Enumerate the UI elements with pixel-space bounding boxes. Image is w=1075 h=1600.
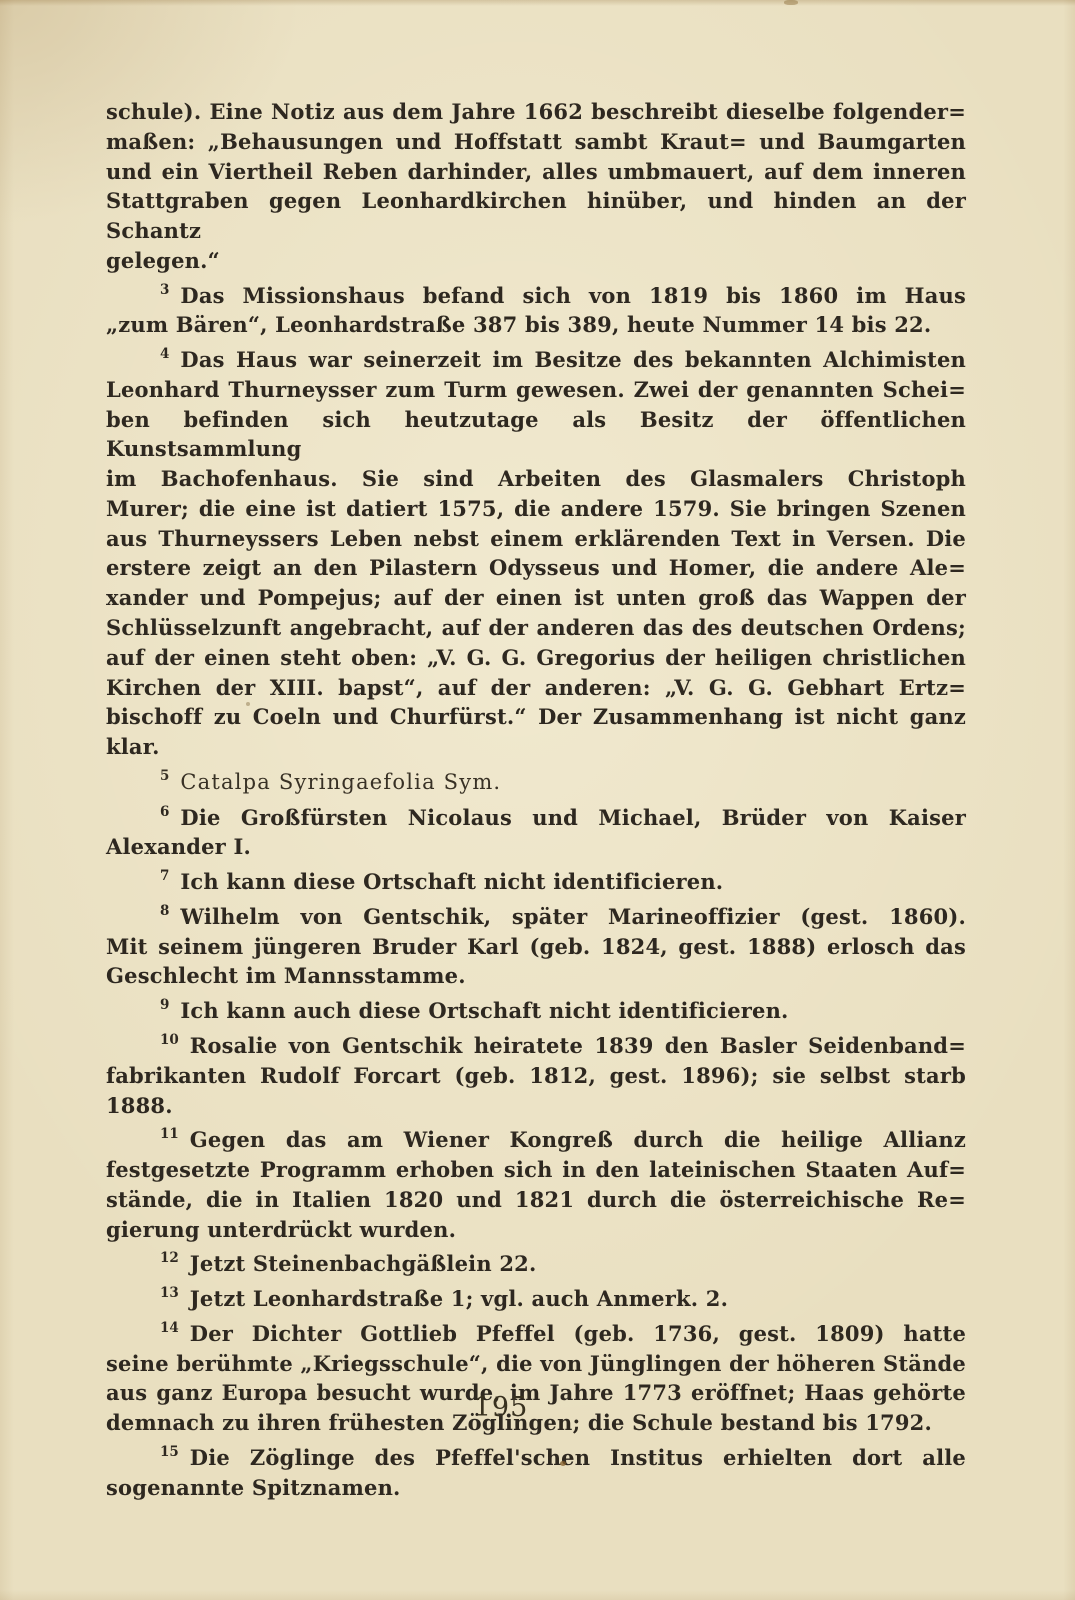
page-content: schule). Eine Notiz aus dem Jahre 1662 b… xyxy=(106,97,966,1502)
text-line-text: Ich kann diese Ortschaft nicht identific… xyxy=(180,869,723,894)
footnote-number: 9 xyxy=(160,997,180,1013)
text-line: 10Rosalie von Gentschik heiratete 1839 d… xyxy=(106,1026,966,1061)
text-line: fabrikanten Rudolf Forcart (geb. 1812, g… xyxy=(106,1061,966,1121)
text-line-text: klar. xyxy=(106,734,160,759)
text-line-text: im Bachofenhaus. Sie sind Arbeiten des G… xyxy=(106,466,966,491)
text-line: aus Thurneyssers Leben nebst einem erklä… xyxy=(106,524,966,554)
text-line-text: Die Großfürsten Nicolaus und Michael, Br… xyxy=(180,805,966,830)
text-line: gierung unterdrückt wurden. xyxy=(106,1215,966,1245)
text-line-text: Die Zöglinge des Pfeffel'schen Institus … xyxy=(190,1445,966,1470)
text-line-text: Kirchen der XIII. bapst“, auf der andere… xyxy=(106,675,966,700)
footnote-paragraph: 3Das Missionshaus befand sich von 1819 b… xyxy=(106,276,966,341)
footnote-number: 7 xyxy=(160,868,180,884)
footnote-number: 8 xyxy=(160,903,180,919)
text-line: bischoff zu Coeln und Churfürst.“ Der Zu… xyxy=(106,702,966,732)
text-line: erstere zeigt an den Pilastern Odysseus … xyxy=(106,553,966,583)
text-line-text: Catalpa Syringaefolia Sym. xyxy=(180,770,501,794)
page-number: 195 xyxy=(106,1392,896,1423)
text-line-text: Das Haus war seinerzeit im Besitze des b… xyxy=(180,347,966,372)
text-line: 9Ich kann auch diese Ortschaft nicht ide… xyxy=(106,991,966,1026)
text-line: 14Der Dichter Gottlieb Pfeffel (geb. 173… xyxy=(106,1314,966,1349)
text-line-text: erstere zeigt an den Pilastern Odysseus … xyxy=(106,555,966,580)
text-line-text: auf der einen steht oben: „V. G. G. Greg… xyxy=(106,645,966,670)
text-line: Stattgraben gegen Leonhardkirchen hinübe… xyxy=(106,186,966,246)
text-line-text: gelegen.“ xyxy=(106,248,220,273)
text-line: 11Gegen das am Wiener Kongreß durch die … xyxy=(106,1120,966,1155)
text-line: „zum Bären“, Leonhardstraße 387 bis 389,… xyxy=(106,310,966,340)
text-line: 15Die Zöglinge des Pfeffel'schen Institu… xyxy=(106,1438,966,1473)
text-line: klar. xyxy=(106,732,966,762)
text-line: Murer; die eine ist datiert 1575, die an… xyxy=(106,494,966,524)
text-line-text: fabrikanten Rudolf Forcart (geb. 1812, g… xyxy=(106,1063,966,1118)
text-line-text: Rosalie von Gentschik heiratete 1839 den… xyxy=(190,1033,966,1058)
footnote-paragraph: 6Die Großfürsten Nicolaus und Michael, B… xyxy=(106,798,966,863)
text-line-text: Schlüsselzunft angebracht, auf der ander… xyxy=(106,615,966,640)
text-line: 6Die Großfürsten Nicolaus und Michael, B… xyxy=(106,798,966,833)
text-line-text: sogenannte Spitznamen. xyxy=(106,1475,401,1500)
footnote-paragraph: 11Gegen das am Wiener Kongreß durch die … xyxy=(106,1120,966,1244)
footnote-number: 13 xyxy=(160,1285,190,1301)
footnote-number: 14 xyxy=(160,1320,190,1336)
text-line: Kirchen der XIII. bapst“, auf der andere… xyxy=(106,673,966,703)
text-line-text: Leonhard Thurneysser zum Turm gewesen. Z… xyxy=(106,377,966,402)
footnote-number: 15 xyxy=(160,1444,190,1460)
text-line: 7Ich kann diese Ortschaft nicht identifi… xyxy=(106,862,966,897)
text-line: auf der einen steht oben: „V. G. G. Greg… xyxy=(106,643,966,673)
text-line-text: stände, die in Italien 1820 und 1821 dur… xyxy=(106,1187,966,1212)
text-line-text: Gegen das am Wiener Kongreß durch die he… xyxy=(190,1127,966,1152)
text-line: Geschlecht im Mannsstamme. xyxy=(106,961,966,991)
footnote-number: 5 xyxy=(160,768,180,784)
book-page: schule). Eine Notiz aus dem Jahre 1662 b… xyxy=(0,0,1075,1600)
text-line: 3Das Missionshaus befand sich von 1819 b… xyxy=(106,276,966,311)
footnote-paragraph: 15Die Zöglinge des Pfeffel'schen Institu… xyxy=(106,1438,966,1503)
text-line-text: Jetzt Leonhardstraße 1; vgl. auch Anmerk… xyxy=(190,1286,728,1311)
text-line: Schlüsselzunft angebracht, auf der ander… xyxy=(106,613,966,643)
footnote-paragraph: 4Das Haus war seinerzeit im Besitze des … xyxy=(106,340,966,762)
continuation-paragraph: schule). Eine Notiz aus dem Jahre 1662 b… xyxy=(106,97,966,276)
text-line-text: ben befinden sich heutzutage als Besitz … xyxy=(106,407,966,462)
text-line-text: Ich kann auch diese Ortschaft nicht iden… xyxy=(180,998,788,1023)
text-line-text: maßen: „Behausungen und Hoffstatt sambt … xyxy=(106,129,966,154)
text-line: gelegen.“ xyxy=(106,246,966,276)
text-line: und ein Viertheil Reben darhinder, alles… xyxy=(106,157,966,187)
text-line: 12Jetzt Steinenbachgäßlein 22. xyxy=(106,1244,966,1279)
text-line-text: „zum Bären“, Leonhardstraße 387 bis 389,… xyxy=(106,312,931,337)
text-line-text: schule). Eine Notiz aus dem Jahre 1662 b… xyxy=(106,99,966,124)
text-line: Leonhard Thurneysser zum Turm gewesen. Z… xyxy=(106,375,966,405)
text-line: ben befinden sich heutzutage als Besitz … xyxy=(106,405,966,465)
text-line-text: Murer; die eine ist datiert 1575, die an… xyxy=(106,496,966,521)
footnote-paragraph: 13Jetzt Leonhardstraße 1; vgl. auch Anme… xyxy=(106,1279,966,1314)
text-line: Alexander I. xyxy=(106,832,966,862)
paper-smudge xyxy=(784,0,798,5)
text-line: xander und Pompejus; auf der einen ist u… xyxy=(106,583,966,613)
text-line: 4Das Haus war seinerzeit im Besitze des … xyxy=(106,340,966,375)
text-line: seine berühmte „Kriegsschule“, die von J… xyxy=(106,1349,966,1379)
text-line-text: Jetzt Steinenbachgäßlein 22. xyxy=(190,1251,537,1276)
text-line: maßen: „Behausungen und Hoffstatt sambt … xyxy=(106,127,966,157)
text-line-text: Geschlecht im Mannsstamme. xyxy=(106,963,466,988)
footnote-number: 6 xyxy=(160,804,180,820)
text-line: im Bachofenhaus. Sie sind Arbeiten des G… xyxy=(106,464,966,494)
text-line-text: aus Thurneyssers Leben nebst einem erklä… xyxy=(106,526,966,551)
text-line-text: gierung unterdrückt wurden. xyxy=(106,1217,456,1242)
text-line: Mit seinem jüngeren Bruder Karl (geb. 18… xyxy=(106,932,966,962)
footnote-paragraph: 10Rosalie von Gentschik heiratete 1839 d… xyxy=(106,1026,966,1120)
text-line-text: Der Dichter Gottlieb Pfeffel (geb. 1736,… xyxy=(190,1321,966,1346)
footnote-number: 12 xyxy=(160,1250,190,1266)
text-line: 5Catalpa Syringaefolia Sym. xyxy=(106,762,966,798)
text-line-text: Wilhelm von Gentschik, später Marineoffi… xyxy=(180,904,966,929)
text-line: sogenannte Spitznamen. xyxy=(106,1473,966,1503)
text-line-text: Stattgraben gegen Leonhardkirchen hinübe… xyxy=(106,188,966,243)
footnote-paragraph: 8Wilhelm von Gentschik, später Marineoff… xyxy=(106,897,966,991)
footnote-number: 3 xyxy=(160,282,180,298)
text-line-text: xander und Pompejus; auf der einen ist u… xyxy=(106,585,966,610)
text-line-text: bischoff zu Coeln und Churfürst.“ Der Zu… xyxy=(106,704,966,729)
footnote-number: 11 xyxy=(160,1126,190,1142)
footnote-paragraph: 12Jetzt Steinenbachgäßlein 22. xyxy=(106,1244,966,1279)
text-line: stände, die in Italien 1820 und 1821 dur… xyxy=(106,1185,966,1215)
text-line: schule). Eine Notiz aus dem Jahre 1662 b… xyxy=(106,97,966,127)
text-line: festgesetzte Programm erhoben sich in de… xyxy=(106,1155,966,1185)
text-line-text: Mit seinem jüngeren Bruder Karl (geb. 18… xyxy=(106,934,966,959)
text-line: 8Wilhelm von Gentschik, später Marineoff… xyxy=(106,897,966,932)
text-line-text: seine berühmte „Kriegsschule“, die von J… xyxy=(106,1351,966,1376)
footnote-paragraph: 5Catalpa Syringaefolia Sym. xyxy=(106,762,966,798)
text-line-text: festgesetzte Programm erhoben sich in de… xyxy=(106,1157,966,1182)
footnote-paragraph: 7Ich kann diese Ortschaft nicht identifi… xyxy=(106,862,966,897)
text-line-text: Das Missionshaus befand sich von 1819 bi… xyxy=(180,283,966,308)
text-line: 13Jetzt Leonhardstraße 1; vgl. auch Anme… xyxy=(106,1279,966,1314)
text-line-text: und ein Viertheil Reben darhinder, alles… xyxy=(106,159,966,184)
footnote-paragraph: 9Ich kann auch diese Ortschaft nicht ide… xyxy=(106,991,966,1026)
footnote-number: 4 xyxy=(160,346,180,362)
footnote-number: 10 xyxy=(160,1032,190,1048)
text-line-text: Alexander I. xyxy=(106,834,251,859)
